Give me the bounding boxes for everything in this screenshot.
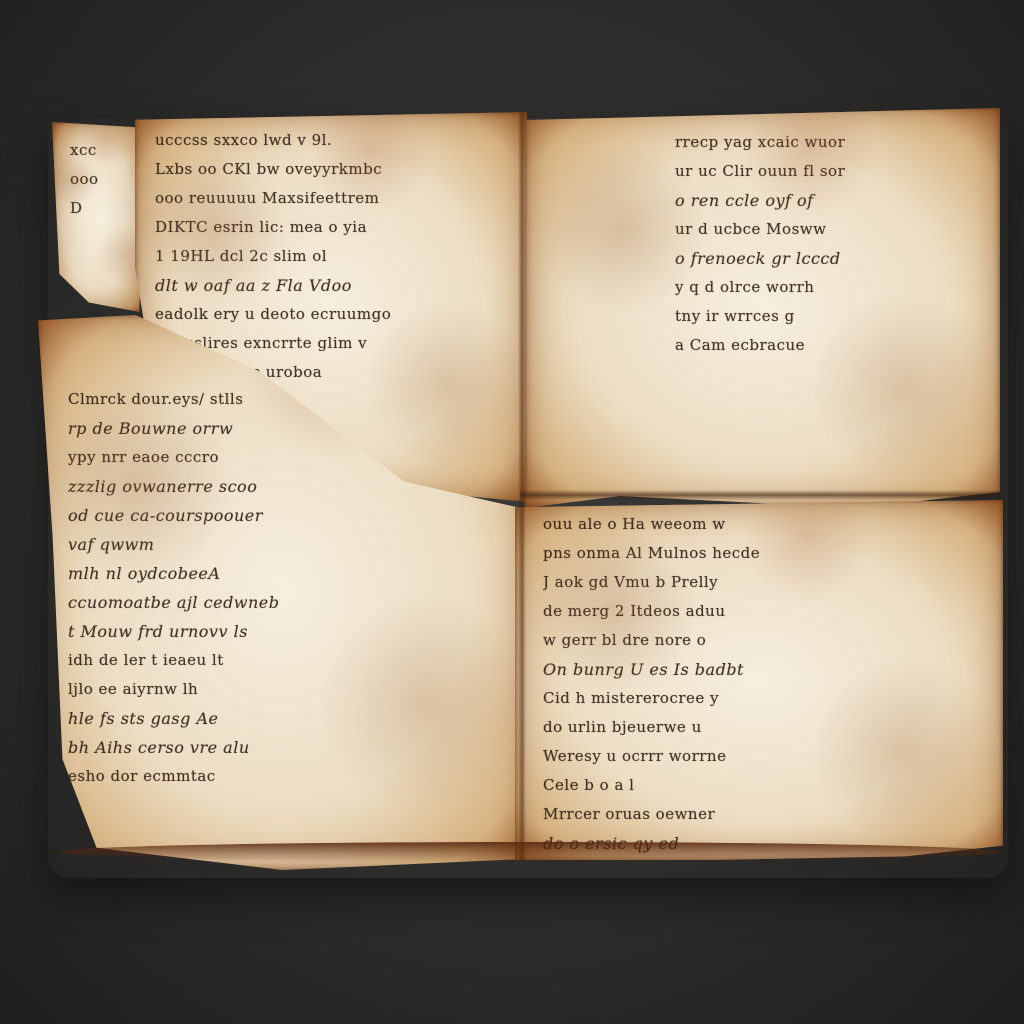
text-line: a Cam ecbracue: [675, 331, 982, 360]
text-line: On bunrg U es Is badbt: [543, 655, 985, 684]
text-line: t Mouw frd urnovv ls: [68, 617, 508, 646]
text-line: y q d olrce worrh: [675, 273, 982, 302]
horizontal-fold-crease: [520, 490, 1000, 500]
text-line: do urlin bjeuerwe u: [543, 713, 985, 742]
text-line: DIKTC esrin lic: mea o yia: [155, 213, 509, 242]
top-right-text: rrecp yag xcaic wuor ur uc Clir ouun fl …: [525, 108, 1000, 508]
bottom-right-text: ouu ale o Ha weeom w pns onma Al Mulnos …: [515, 500, 1003, 860]
text-line: mlh nl oydcobeeA: [68, 559, 508, 588]
scene: xcc ooo D ucccss sxxco lwd v 9l. Lxbs oo…: [0, 0, 1024, 1024]
text-line: Weresy u ocrrr worrne: [543, 742, 985, 771]
text-line: de merg 2 Itdeos aduu: [543, 597, 985, 626]
text-line: Cele b o a l: [543, 771, 985, 800]
text-line: o ren ccle oyf of: [675, 186, 982, 215]
text-line: vaf qwwm: [68, 530, 508, 559]
burnt-bottom-edge: [60, 842, 1000, 862]
text-line: od cue ca-courspoouer: [68, 501, 508, 530]
text-line: rrecp yag xcaic wuor: [675, 128, 982, 157]
text-line: Cid h mistererocree y: [543, 684, 985, 713]
text-line: idh de ler t ieaeu lt: [68, 646, 508, 675]
text-line: esho dor ecmmtac: [68, 762, 508, 791]
text-line: 1 19HL dcl 2c slim ol: [155, 242, 509, 271]
text-line: ucccss sxxco lwd v 9l.: [155, 126, 509, 155]
vertical-fold-crease: [518, 110, 526, 860]
text-line: w gerr bl dre nore o: [543, 626, 985, 655]
text-line: ooo: [70, 165, 126, 194]
text-line: xcc: [70, 136, 126, 165]
parchment-top-right: rrecp yag xcaic wuor ur uc Clir ouun fl …: [525, 108, 1000, 508]
text-line: Mrrcer oruas oewner: [543, 800, 985, 829]
text-line: D: [70, 194, 126, 223]
text-line: ur d ucbce Mosww: [675, 215, 982, 244]
text-line: J aok gd Vmu b Prelly: [543, 568, 985, 597]
text-line: ouu ale o Ha weeom w: [543, 510, 985, 539]
text-line: bh Aihs cerso vre alu: [68, 733, 508, 762]
text-line: ur uc Clir ouun fl sor: [675, 157, 982, 186]
text-line: ooo reuuuuu Maxsifeettrem: [155, 184, 509, 213]
text-line: hle fs sts gasg Ae: [68, 704, 508, 733]
text-line: dlt w oaf aa z Fla Vdoo: [155, 271, 509, 300]
text-line: o frenoeck gr lcccd: [675, 244, 982, 273]
parchment-bottom-right: ouu ale o Ha weeom w pns onma Al Mulnos …: [515, 500, 1003, 860]
text-line: tny ir wrrces g: [675, 302, 982, 331]
text-line: ccuomoatbe ajl cedwneb: [68, 588, 508, 617]
text-line: pns onma Al Mulnos hecde: [543, 539, 985, 568]
text-line: Lxbs oo CKl bw oveyyrkmbc: [155, 155, 509, 184]
text-line: ljlo ee aiyrnw lh: [68, 675, 508, 704]
text-line: eadolk ery u deoto ecruumgo: [155, 300, 509, 329]
